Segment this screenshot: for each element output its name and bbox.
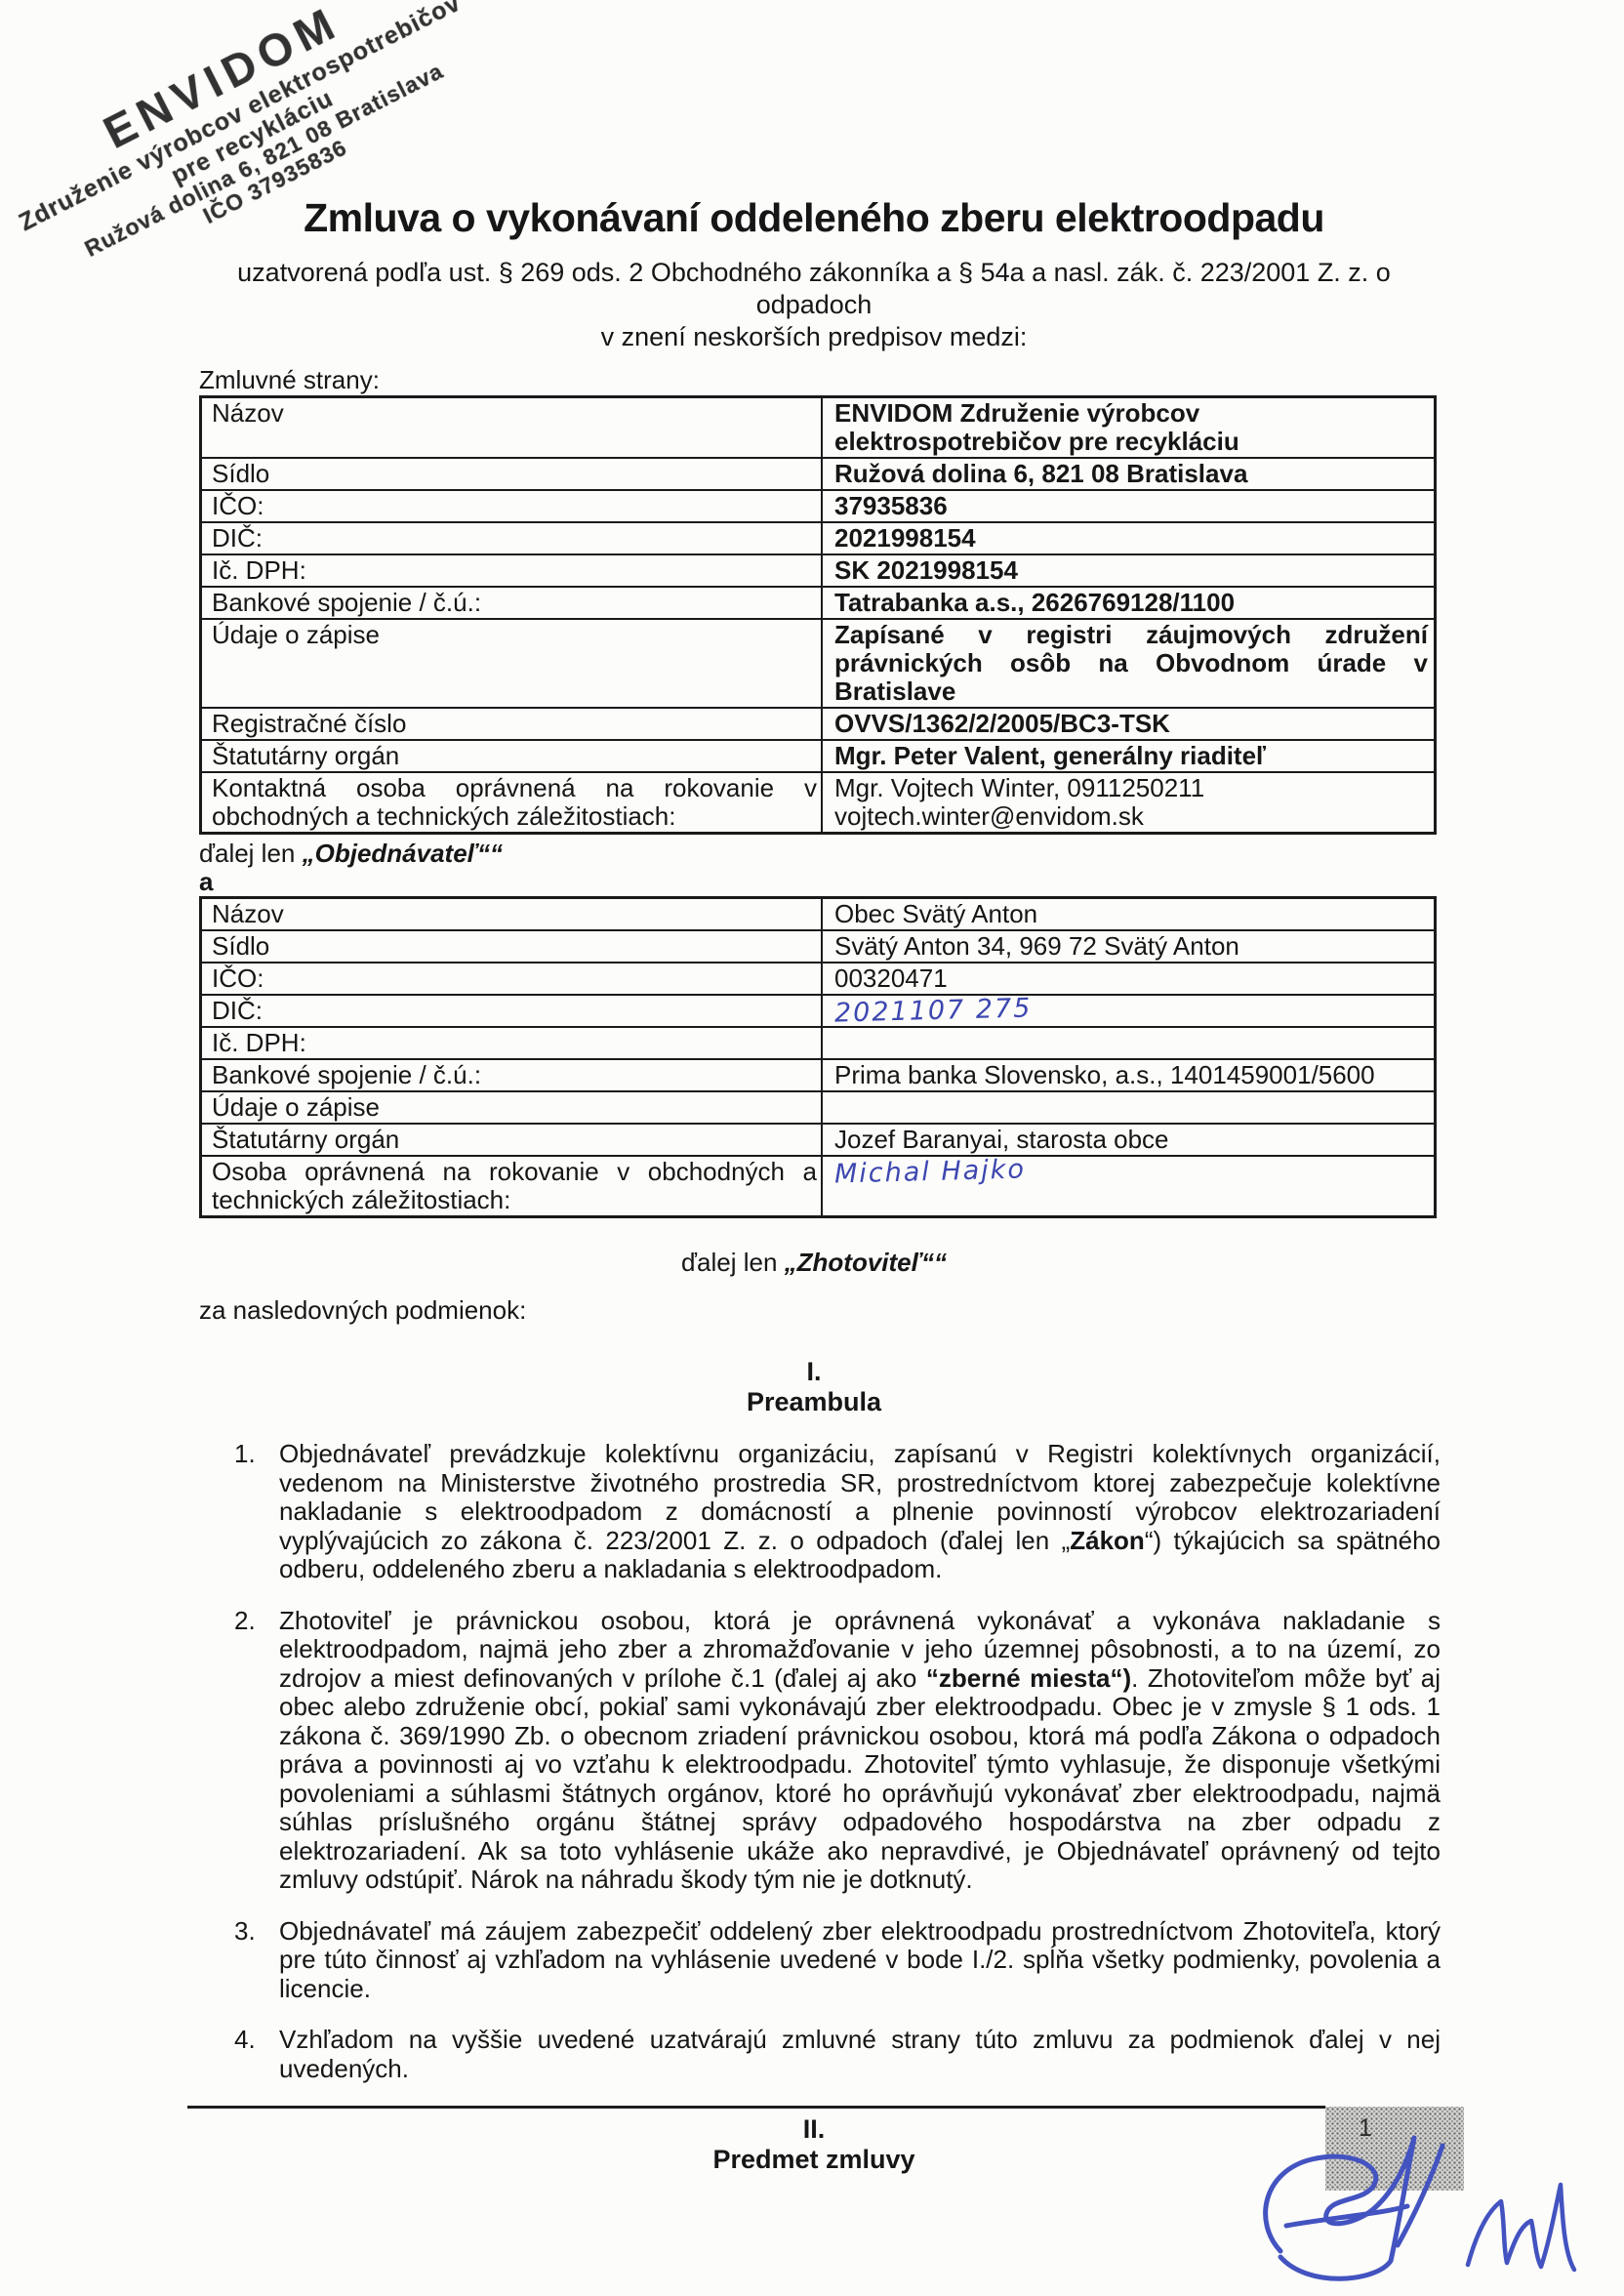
party1-table: Názov ENVIDOM Združenie výrobcov elektro… (199, 395, 1437, 835)
text-segment: Vzhľadom na vyššie uvedené uzatvárajú zm… (279, 2025, 1441, 2083)
party1-icdph-value: SK 2021998154 (823, 555, 1434, 586)
party1-kontakt-value: Mgr. Vojtech Winter, 0911250211 vojtech.… (823, 773, 1434, 832)
section-1-heading: I. Preambula (185, 1357, 1442, 1417)
party1-icdph-label: Ič. DPH: (202, 555, 823, 586)
party1-bank-label: Bankové spojenie / č.ú.: (202, 588, 823, 618)
party2-table: Názov Obec Svätý Anton Sídlo Svätý Anton… (199, 896, 1437, 1218)
alias1-name: „Objednávateľ““ (303, 839, 503, 868)
item-number: 2. (234, 1607, 279, 1895)
alias-zhotovitel: ďalej len „Zhotoviteľ““ (185, 1248, 1442, 1278)
party2-nazov-value: Obec Svätý Anton (823, 899, 1434, 929)
party2-dic-value: 2021107 275 (823, 996, 1434, 1026)
table-row: Sídlo Svätý Anton 34, 969 72 Svätý Anton (202, 929, 1434, 962)
party2-icdph-value (823, 1028, 1434, 1058)
table-row: IČO: 00320471 (202, 962, 1434, 994)
party1-nazov-label: Názov (202, 398, 823, 457)
table-row: Názov ENVIDOM Združenie výrobcov elektro… (202, 398, 1434, 457)
document-body: Zmluva o vykonávaní oddeleného zberu ele… (185, 0, 1442, 2175)
party1-statutar-label: Štatutárny orgán (202, 741, 823, 771)
contract-title: Zmluva o vykonávaní oddeleného zberu ele… (185, 195, 1442, 241)
table-row: Názov Obec Svätý Anton (202, 899, 1434, 929)
subtitle-line-1: uzatvorená podľa ust. § 269 ods. 2 Obcho… (185, 257, 1442, 321)
section-1-title: Preambula (185, 1387, 1442, 1417)
preambula-item-4: 4. Vzhľadom na vyššie uvedené uzatvárajú… (185, 2026, 1442, 2083)
and-connector: a (199, 868, 1442, 896)
table-row: Údaje o zápise Zapísané v registri záujm… (202, 618, 1434, 707)
item-number: 1. (234, 1440, 279, 1584)
party2-sidlo-value: Svätý Anton 34, 969 72 Svätý Anton (823, 931, 1434, 962)
table-row: Osoba oprávnená na rokovanie v obchodnýc… (202, 1155, 1434, 1215)
signature-right (1460, 2169, 1597, 2296)
preambula-item-1: 1. Objednávateľ prevádzkuje kolektívnu o… (185, 1440, 1442, 1584)
party1-reg-label: Registračné číslo (202, 709, 823, 739)
table-row: Bankové spojenie / č.ú.: Prima banka Slo… (202, 1058, 1434, 1090)
party1-sidlo-label: Sídlo (202, 459, 823, 489)
bold-segment: “zberné miesta“) (926, 1663, 1131, 1693)
table-row: Ič. DPH: (202, 1026, 1434, 1058)
party1-bank-value: Tatrabanka a.s., 2626769128/1100 (823, 588, 1434, 618)
text-segment: . Zhotoviteľom môže byť aj obec alebo zd… (279, 1663, 1441, 1895)
party1-kontakt-phone: Mgr. Vojtech Winter, 0911250211 (834, 774, 1428, 802)
table-row: Ič. DPH: SK 2021998154 (202, 553, 1434, 586)
party1-kontakt-email: vojtech.winter@envidom.sk (834, 802, 1428, 831)
party2-osoba-value: Michal Hajko (823, 1157, 1434, 1215)
party2-ico-value: 00320471 (823, 963, 1434, 994)
party1-ico-label: IČO: (202, 491, 823, 521)
item-text: Objednávateľ má záujem zabezpečiť oddele… (279, 1917, 1442, 2004)
party1-zapis-value: Zapísané v registri záujmových združení … (823, 620, 1434, 707)
party1-dic-value: 2021998154 (823, 523, 1434, 553)
section-1-number: I. (185, 1357, 1442, 1387)
signature-stroke (1460, 2169, 1597, 2296)
party2-nazov-label: Názov (202, 899, 823, 929)
contract-subtitle: uzatvorená podľa ust. § 269 ods. 2 Obcho… (185, 257, 1442, 353)
party2-bank-value: Prima banka Slovensko, a.s., 1401459001/… (823, 1060, 1434, 1090)
subtitle-line-2: v znení neskorších predpisov medzi: (185, 321, 1442, 353)
handwritten-contact-name: Michal Hajko (834, 1155, 1027, 1188)
party1-nazov-value: ENVIDOM Združenie výrobcov elektrospotre… (823, 398, 1434, 457)
conditions-line: za nasledovných podmienok: (199, 1295, 1442, 1326)
table-row: Údaje o zápise (202, 1090, 1434, 1123)
signature-stroke (1251, 2128, 1461, 2294)
party2-bank-label: Bankové spojenie / č.ú.: (202, 1060, 823, 1090)
footer-rule (187, 2106, 1325, 2109)
table-row: IČO: 37935836 (202, 489, 1434, 521)
bold-segment: Zákon (1070, 1526, 1145, 1555)
table-row: Sídlo Ružová dolina 6, 821 08 Bratislava (202, 457, 1434, 489)
party2-zapis-label: Údaje o zápise (202, 1092, 823, 1123)
alias2-name: „Zhotoviteľ““ (785, 1248, 947, 1277)
scanned-contract-page: ENVIDOM Združenie výrobcov elektrospotre… (0, 0, 1624, 2296)
party1-kontakt-label: Kontaktná osoba oprávnená na rokovanie v… (202, 773, 823, 832)
party2-dic-label: DIČ: (202, 996, 823, 1026)
party1-zapis-label: Údaje o zápise (202, 620, 823, 707)
party1-statutar-value: Mgr. Peter Valent, generálny riaditeľ (823, 741, 1434, 771)
item-number: 4. (234, 2026, 279, 2083)
party1-sidlo-value: Ružová dolina 6, 821 08 Bratislava (823, 459, 1434, 489)
alias2-prefix: ďalej len (681, 1248, 785, 1277)
table-row: Registračné číslo OVVS/1362/2/2005/BC3-T… (202, 707, 1434, 739)
preambula-item-3: 3. Objednávateľ má záujem zabezpečiť odd… (185, 1917, 1442, 2004)
party2-ico-label: IČO: (202, 963, 823, 994)
party2-statutar-value: Jozef Baranyai, starosta obce (823, 1125, 1434, 1155)
table-row: DIČ: 2021107 275 (202, 994, 1434, 1026)
party2-sidlo-label: Sídlo (202, 931, 823, 962)
item-text: Zhotoviteľ je právnickou osobou, ktorá j… (279, 1607, 1442, 1895)
signature-left (1251, 2128, 1461, 2296)
party2-statutar-label: Štatutárny orgán (202, 1125, 823, 1155)
text-segment: Objednávateľ má záujem zabezpečiť oddele… (279, 1916, 1441, 2003)
item-text: Objednávateľ prevádzkuje kolektívnu orga… (279, 1440, 1442, 1584)
party1-reg-value: OVVS/1362/2/2005/BC3-TSK (823, 709, 1434, 739)
alias1-prefix: ďalej len (199, 839, 303, 868)
preambula-item-2: 2. Zhotoviteľ je právnickou osobou, ktor… (185, 1607, 1442, 1895)
party2-osoba-label: Osoba oprávnená na rokovanie v obchodnýc… (202, 1157, 823, 1215)
party2-zapis-value (823, 1092, 1434, 1123)
party1-dic-label: DIČ: (202, 523, 823, 553)
party2-icdph-label: Ič. DPH: (202, 1028, 823, 1058)
handwritten-dic: 2021107 275 (834, 994, 1033, 1027)
parties-label: Zmluvné strany: (199, 365, 1442, 395)
table-row: Štatutárny orgán Mgr. Peter Valent, gene… (202, 739, 1434, 771)
item-text: Vzhľadom na vyššie uvedené uzatvárajú zm… (279, 2026, 1442, 2083)
item-number: 3. (234, 1917, 279, 2004)
table-row: Štatutárny orgán Jozef Baranyai, starost… (202, 1123, 1434, 1155)
table-row: DIČ: 2021998154 (202, 521, 1434, 553)
table-row: Kontaktná osoba oprávnená na rokovanie v… (202, 771, 1434, 832)
party1-ico-value: 37935836 (823, 491, 1434, 521)
table-row: Bankové spojenie / č.ú.: Tatrabanka a.s.… (202, 586, 1434, 618)
alias-objednavatel: ďalej len „Objednávateľ““ (199, 840, 1442, 868)
